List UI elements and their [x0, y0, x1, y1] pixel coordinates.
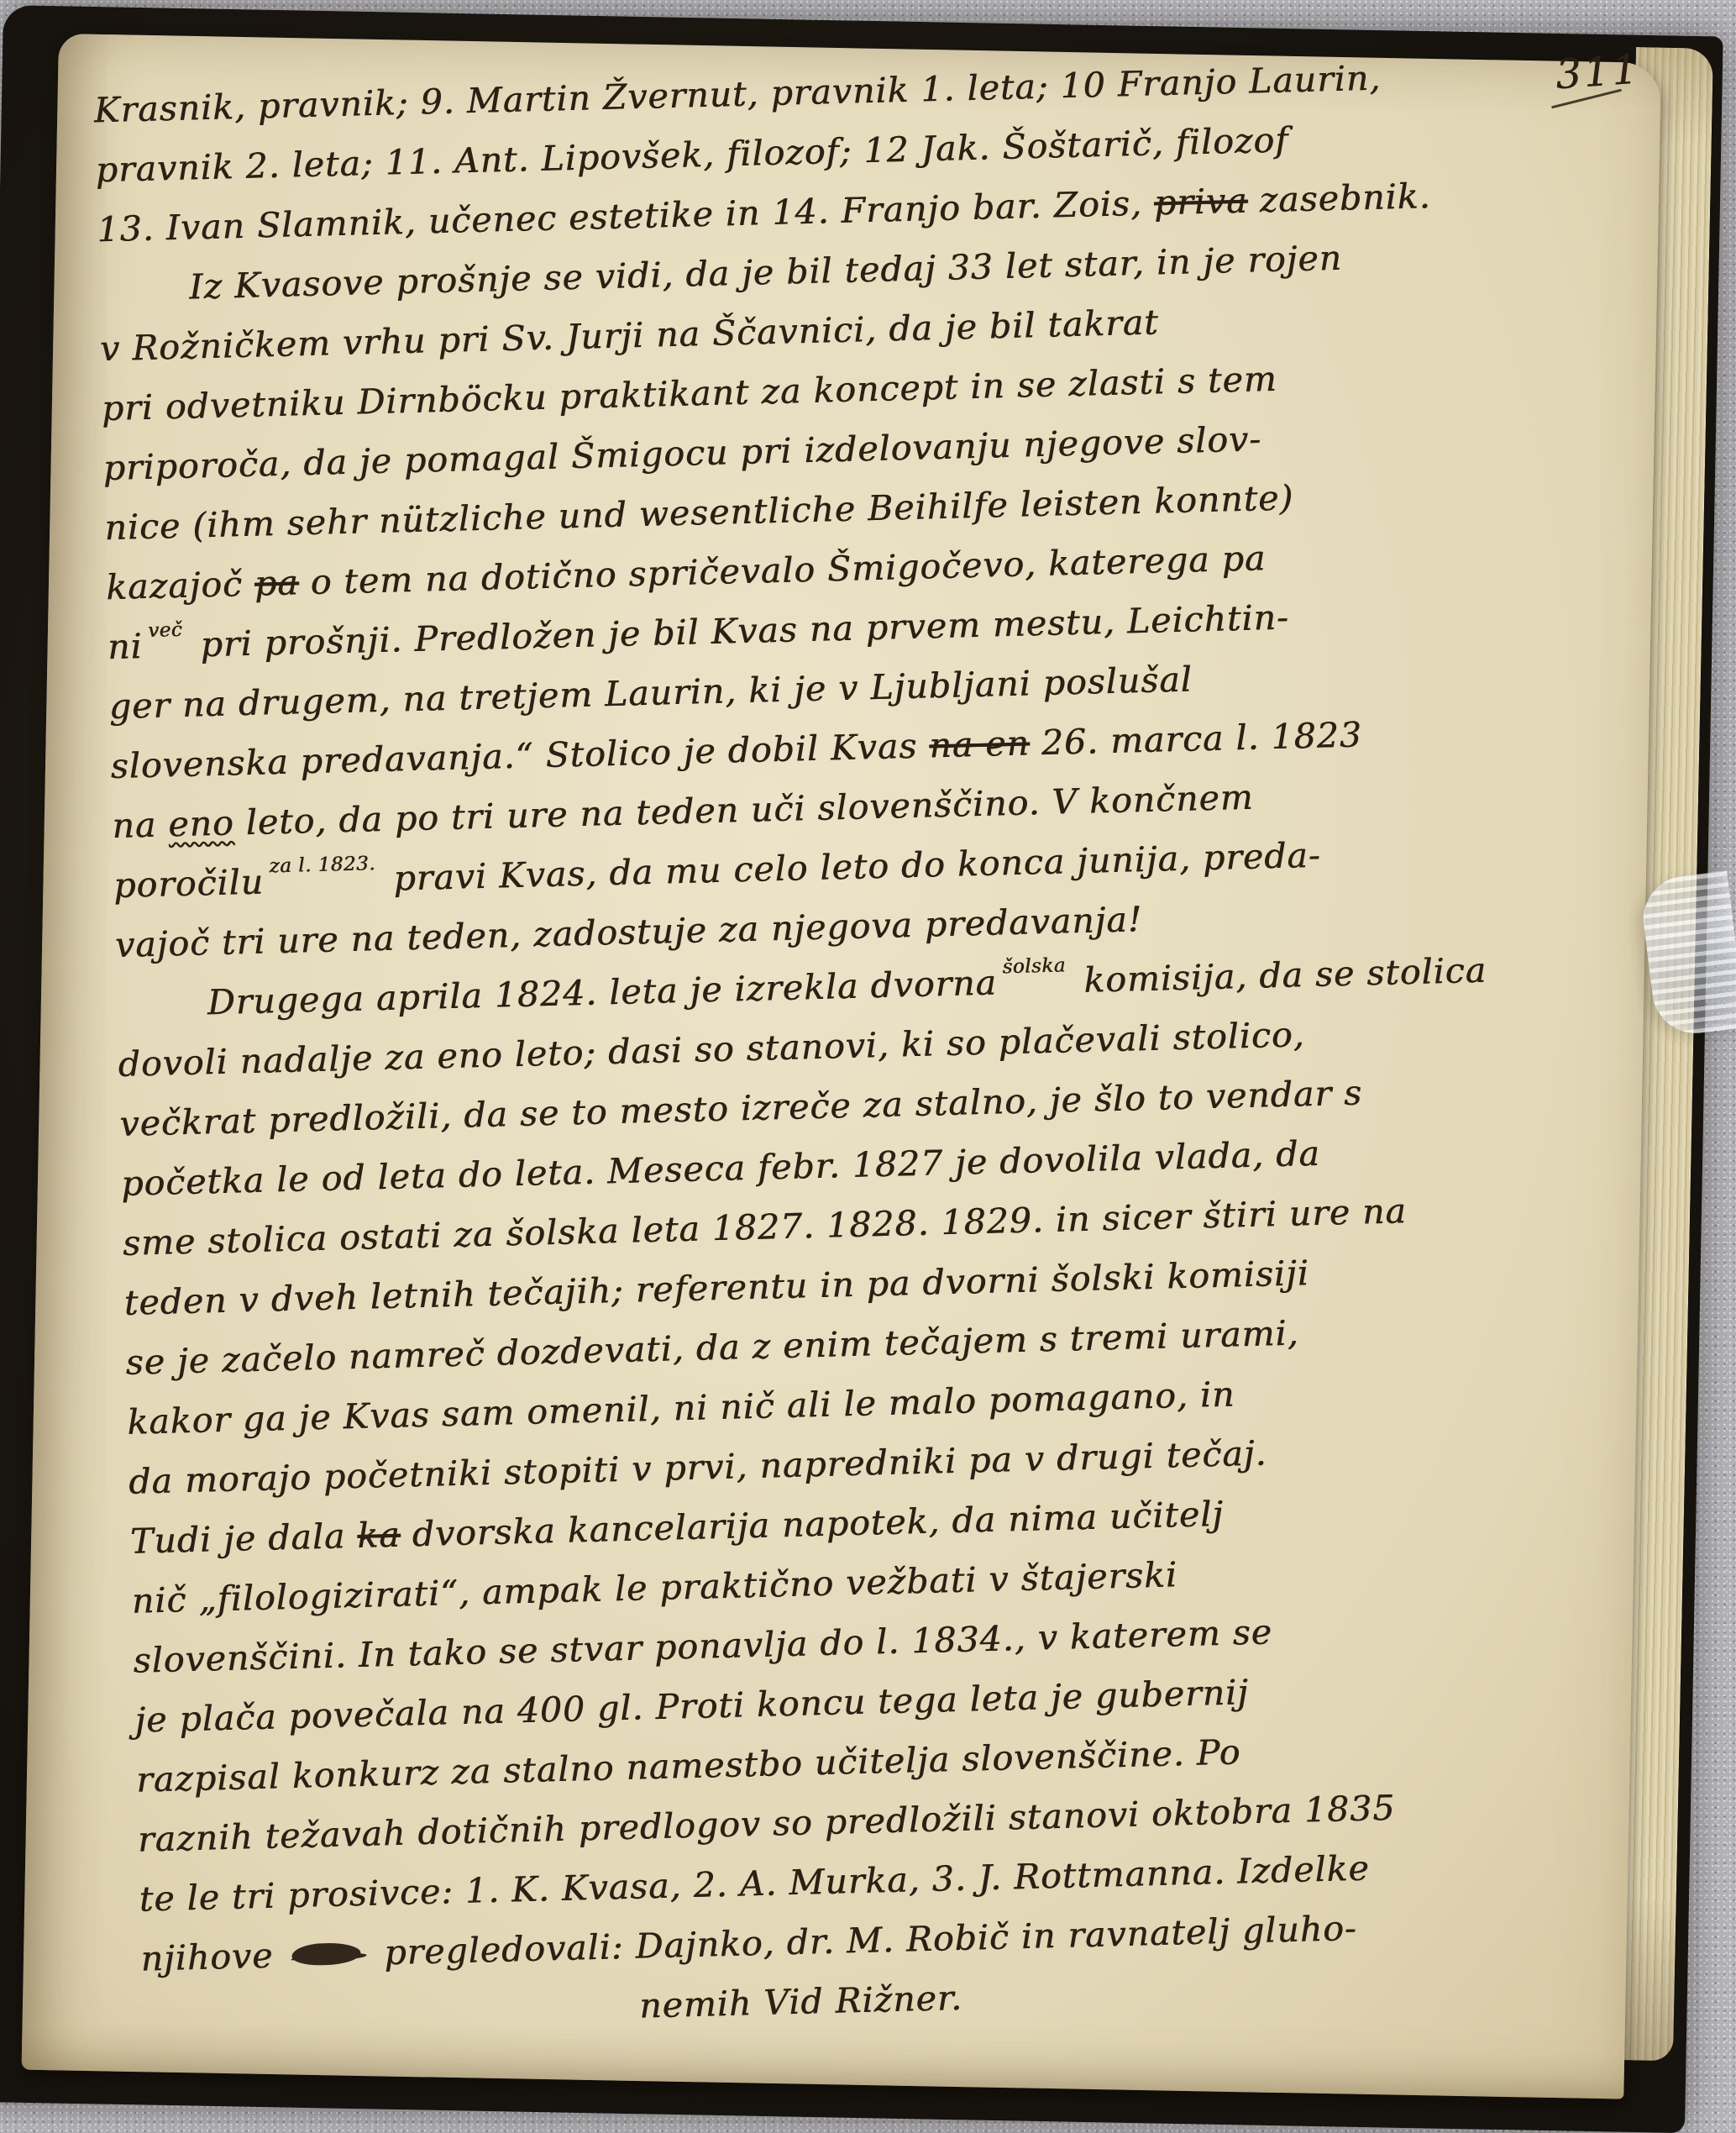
photo-of-manuscript-page: Krasnik, pravnik; 9. Martin Žvernut, pra…: [0, 0, 1736, 2133]
text-segment: komisija, da se stolica: [1072, 950, 1487, 1001]
text-segment: ka: [357, 1515, 401, 1556]
text-segment: njihove: [140, 1935, 286, 1978]
manuscript-page: Krasnik, pravnik; 9. Martin Žvernut, pra…: [22, 34, 1661, 2099]
text-segment: nemih Vid Rižner.: [639, 1978, 963, 2026]
text-segment: več: [148, 619, 183, 642]
text-segment: zasebnik.: [1247, 176, 1431, 221]
text-segment: priva: [1153, 181, 1248, 223]
text-segment: slovenska predavanja.“ Stolico je dobil …: [110, 725, 930, 786]
text-segment: za l. 1823.: [269, 853, 375, 877]
text-segment: 26. marca l. 1823: [1029, 714, 1362, 763]
text-segment: Tudi je dala: [129, 1516, 358, 1562]
text-segment: pa: [254, 562, 299, 603]
text-segment: ni: [107, 626, 143, 667]
text-segment: dvorska kancelarija napotek, da nima uči…: [400, 1494, 1224, 1555]
text-segment: na en: [929, 722, 1031, 765]
text-segment: na: [112, 804, 169, 846]
text-segment: Drugega aprila 1824. leta je izrekla dvo…: [207, 963, 997, 1023]
text-segment: kazajoč: [106, 564, 255, 607]
text-segment: poročilu: [113, 862, 265, 906]
page-number: 311: [1554, 46, 1641, 99]
text-segment: eno: [168, 802, 235, 844]
text-segment: šolska: [1002, 954, 1066, 978]
manuscript-text: Krasnik, pravnik; 9. Martin Žvernut, pra…: [87, 42, 1690, 2049]
ink-blot: [291, 1942, 361, 1966]
